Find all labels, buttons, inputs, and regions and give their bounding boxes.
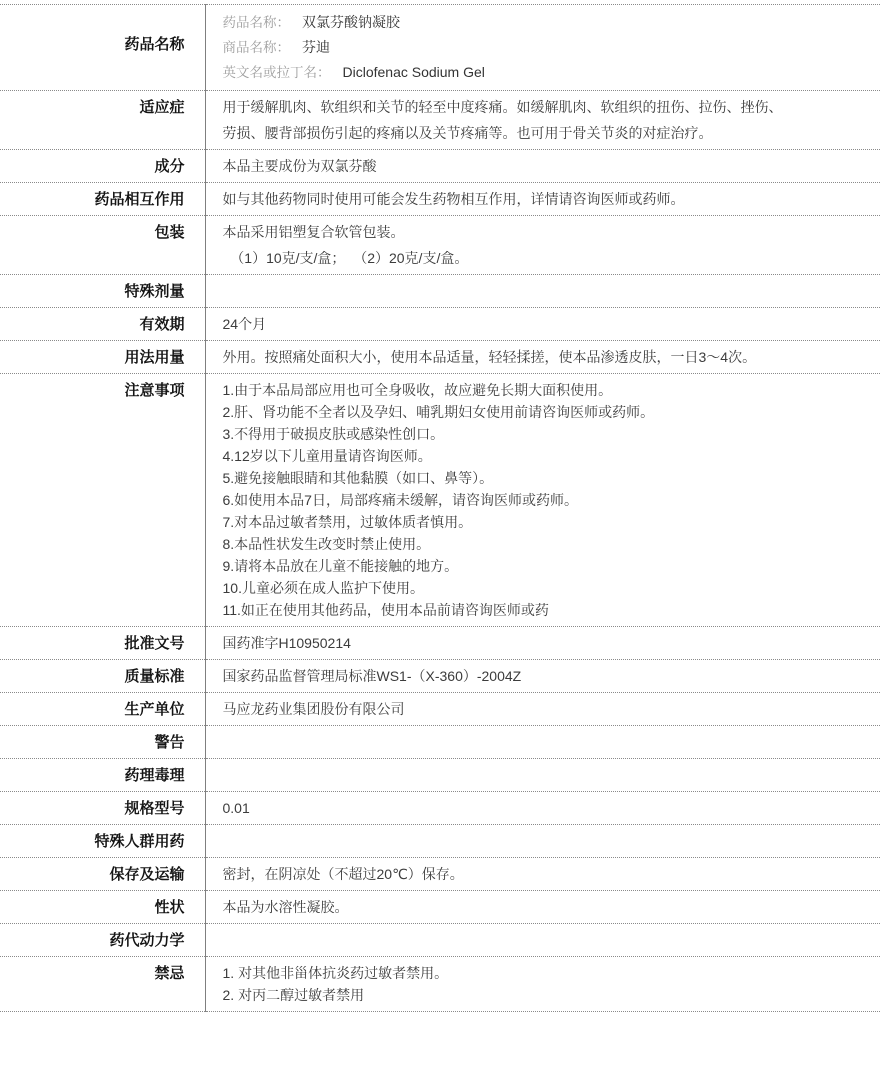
field-line: 英文名或拉丁名：Diclofenac Sodium Gel	[223, 60, 871, 85]
text-line: 用于缓解肌肉、软组织和关节的轻至中度疼痛。如缓解肌肉、软组织的扭伤、拉伤、挫伤、	[223, 94, 871, 120]
row-value-pharmacokinetics	[205, 924, 880, 957]
text-line: 国药准字H10950214	[223, 630, 871, 656]
text-line: 1.由于本品局部应用也可全身吸收，故应避免长期大面积使用。	[223, 379, 871, 401]
table-row-precautions: 注意事项1.由于本品局部应用也可全身吸收，故应避免长期大面积使用。2.肝、肾功能…	[0, 374, 880, 627]
row-label-quality-standard: 质量标准	[0, 660, 205, 693]
text-line: 如与其他药物同时使用可能会发生药物相互作用，详情请咨询医师或药师。	[223, 186, 871, 212]
row-value-properties: 本品为水溶性凝胶。	[205, 891, 880, 924]
table-row-ingredients: 成分本品主要成份为双氯芬酸	[0, 150, 880, 183]
row-value-pharmacology-toxicology	[205, 759, 880, 792]
table-row-dosage: 用法用量外用。按照痛处面积大小，使用本品适量，轻轻揉搓，使本品渗透皮肤，一日3～…	[0, 341, 880, 374]
row-value-ingredients: 本品主要成份为双氯芬酸	[205, 150, 880, 183]
row-label-specification: 规格型号	[0, 792, 205, 825]
row-value-contraindications: 1. 对其他非甾体抗炎药过敏者禁用。2. 对丙二醇过敏者禁用	[205, 957, 880, 1012]
row-label-ingredients: 成分	[0, 150, 205, 183]
row-value-special-dose	[205, 275, 880, 308]
row-label-pharmacology-toxicology: 药理毒理	[0, 759, 205, 792]
row-label-dosage: 用法用量	[0, 341, 205, 374]
row-value-shelf-life: 24个月	[205, 308, 880, 341]
field-value: 芬迪	[302, 39, 330, 55]
text-line: 2. 对丙二醇过敏者禁用	[223, 984, 871, 1006]
drug-info-table-body: 药品名称药品名称：双氯芬酸钠凝胶商品名称：芬迪英文名或拉丁名：Diclofena…	[0, 5, 880, 1012]
table-row-pharmacology-toxicology: 药理毒理	[0, 759, 880, 792]
row-label-pharmacokinetics: 药代动力学	[0, 924, 205, 957]
row-value-packaging: 本品采用铝塑复合软管包装。 （1）10克/支/盒； （2）20克/支/盒。	[205, 216, 880, 275]
row-label-indications: 适应症	[0, 91, 205, 150]
text-line: 1. 对其他非甾体抗炎药过敏者禁用。	[223, 962, 871, 984]
text-line: 5.避免接触眼睛和其他黏膜（如口、鼻等）。	[223, 467, 871, 489]
row-value-indications: 用于缓解肌肉、软组织和关节的轻至中度疼痛。如缓解肌肉、软组织的扭伤、拉伤、挫伤、…	[205, 91, 880, 150]
field-key: 药品名称：	[223, 15, 291, 30]
text-line: 劳损、腰背部损伤引起的疼痛以及关节疼痛等。也可用于骨关节炎的对症治疗。	[223, 120, 871, 146]
table-row-storage-transport: 保存及运输密封，在阴凉处（不超过20℃）保存。	[0, 858, 880, 891]
table-row-warning: 警告	[0, 726, 880, 759]
text-line: 4.12岁以下儿童用量请咨询医师。	[223, 445, 871, 467]
row-value-quality-standard: 国家药品监督管理局标准WS1-（X-360）-2004Z	[205, 660, 880, 693]
row-label-shelf-life: 有效期	[0, 308, 205, 341]
field-key: 英文名或拉丁名：	[223, 65, 331, 80]
table-row-properties: 性状本品为水溶性凝胶。	[0, 891, 880, 924]
drug-info-page: 药品名称药品名称：双氯芬酸钠凝胶商品名称：芬迪英文名或拉丁名：Diclofena…	[0, 0, 880, 1080]
row-value-precautions: 1.由于本品局部应用也可全身吸收，故应避免长期大面积使用。2.肝、肾功能不全者以…	[205, 374, 880, 627]
row-label-contraindications: 禁忌	[0, 957, 205, 1012]
field-line: 商品名称：芬迪	[223, 35, 871, 60]
text-line: 10.儿童必须在成人监护下使用。	[223, 577, 871, 599]
row-label-precautions: 注意事项	[0, 374, 205, 627]
text-line: 外用。按照痛处面积大小，使用本品适量，轻轻揉搓，使本品渗透皮肤，一日3～4次。	[223, 344, 871, 370]
text-line: 6.如使用本品7日，局部疼痛未缓解，请咨询医师或药师。	[223, 489, 871, 511]
text-line: 0.01	[223, 795, 871, 821]
text-line: 本品为水溶性凝胶。	[223, 894, 871, 920]
row-label-warning: 警告	[0, 726, 205, 759]
table-row-specification: 规格型号0.01	[0, 792, 880, 825]
text-line: （1）10克/支/盒； （2）20克/支/盒。	[223, 245, 871, 271]
text-line: 密封，在阴凉处（不超过20℃）保存。	[223, 861, 871, 887]
table-row-indications: 适应症用于缓解肌肉、软组织和关节的轻至中度疼痛。如缓解肌肉、软组织的扭伤、拉伤、…	[0, 91, 880, 150]
row-value-manufacturer: 马应龙药业集团股份有限公司	[205, 693, 880, 726]
field-value: 双氯芬酸钠凝胶	[302, 14, 400, 30]
table-row-pharmacokinetics: 药代动力学	[0, 924, 880, 957]
text-line: 8.本品性状发生改变时禁止使用。	[223, 533, 871, 555]
row-value-warning	[205, 726, 880, 759]
table-row-manufacturer: 生产单位马应龙药业集团股份有限公司	[0, 693, 880, 726]
row-value-storage-transport: 密封，在阴凉处（不超过20℃）保存。	[205, 858, 880, 891]
row-label-drug-name: 药品名称	[0, 5, 205, 91]
row-label-special-dose: 特殊剂量	[0, 275, 205, 308]
row-value-specification: 0.01	[205, 792, 880, 825]
row-label-special-population: 特殊人群用药	[0, 825, 205, 858]
text-line: 国家药品监督管理局标准WS1-（X-360）-2004Z	[223, 663, 871, 689]
table-row-shelf-life: 有效期24个月	[0, 308, 880, 341]
table-row-quality-standard: 质量标准国家药品监督管理局标准WS1-（X-360）-2004Z	[0, 660, 880, 693]
table-row-interactions: 药品相互作用如与其他药物同时使用可能会发生药物相互作用，详情请咨询医师或药师。	[0, 183, 880, 216]
text-line: 24个月	[223, 311, 871, 337]
row-value-approval-number: 国药准字H10950214	[205, 627, 880, 660]
text-line: 11.如正在使用其他药品，使用本品前请咨询医师或药	[223, 599, 871, 621]
field-key: 商品名称：	[223, 40, 291, 55]
text-line: 本品采用铝塑复合软管包装。	[223, 219, 871, 245]
row-label-manufacturer: 生产单位	[0, 693, 205, 726]
field-line: 药品名称：双氯芬酸钠凝胶	[223, 10, 871, 35]
text-line: 7.对本品过敏者禁用，过敏体质者慎用。	[223, 511, 871, 533]
row-value-drug-name: 药品名称：双氯芬酸钠凝胶商品名称：芬迪英文名或拉丁名：Diclofenac So…	[205, 5, 880, 91]
row-label-packaging: 包装	[0, 216, 205, 275]
table-row-special-dose: 特殊剂量	[0, 275, 880, 308]
text-line: 9.请将本品放在儿童不能接触的地方。	[223, 555, 871, 577]
row-label-approval-number: 批准文号	[0, 627, 205, 660]
text-line: 马应龙药业集团股份有限公司	[223, 696, 871, 722]
row-label-storage-transport: 保存及运输	[0, 858, 205, 891]
table-row-approval-number: 批准文号国药准字H10950214	[0, 627, 880, 660]
row-value-dosage: 外用。按照痛处面积大小，使用本品适量，轻轻揉搓，使本品渗透皮肤，一日3～4次。	[205, 341, 880, 374]
table-row-packaging: 包装本品采用铝塑复合软管包装。 （1）10克/支/盒； （2）20克/支/盒。	[0, 216, 880, 275]
row-label-properties: 性状	[0, 891, 205, 924]
table-row-drug-name: 药品名称药品名称：双氯芬酸钠凝胶商品名称：芬迪英文名或拉丁名：Diclofena…	[0, 5, 880, 91]
row-value-special-population	[205, 825, 880, 858]
text-line: 2.肝、肾功能不全者以及孕妇、哺乳期妇女使用前请咨询医师或药师。	[223, 401, 871, 423]
drug-info-table: 药品名称药品名称：双氯芬酸钠凝胶商品名称：芬迪英文名或拉丁名：Diclofena…	[0, 4, 880, 1012]
field-value: Diclofenac Sodium Gel	[343, 64, 485, 80]
text-line: 3.不得用于破损皮肤或感染性创口。	[223, 423, 871, 445]
table-row-special-population: 特殊人群用药	[0, 825, 880, 858]
table-row-contraindications: 禁忌1. 对其他非甾体抗炎药过敏者禁用。2. 对丙二醇过敏者禁用	[0, 957, 880, 1012]
text-line: 本品主要成份为双氯芬酸	[223, 153, 871, 179]
row-value-interactions: 如与其他药物同时使用可能会发生药物相互作用，详情请咨询医师或药师。	[205, 183, 880, 216]
row-label-interactions: 药品相互作用	[0, 183, 205, 216]
